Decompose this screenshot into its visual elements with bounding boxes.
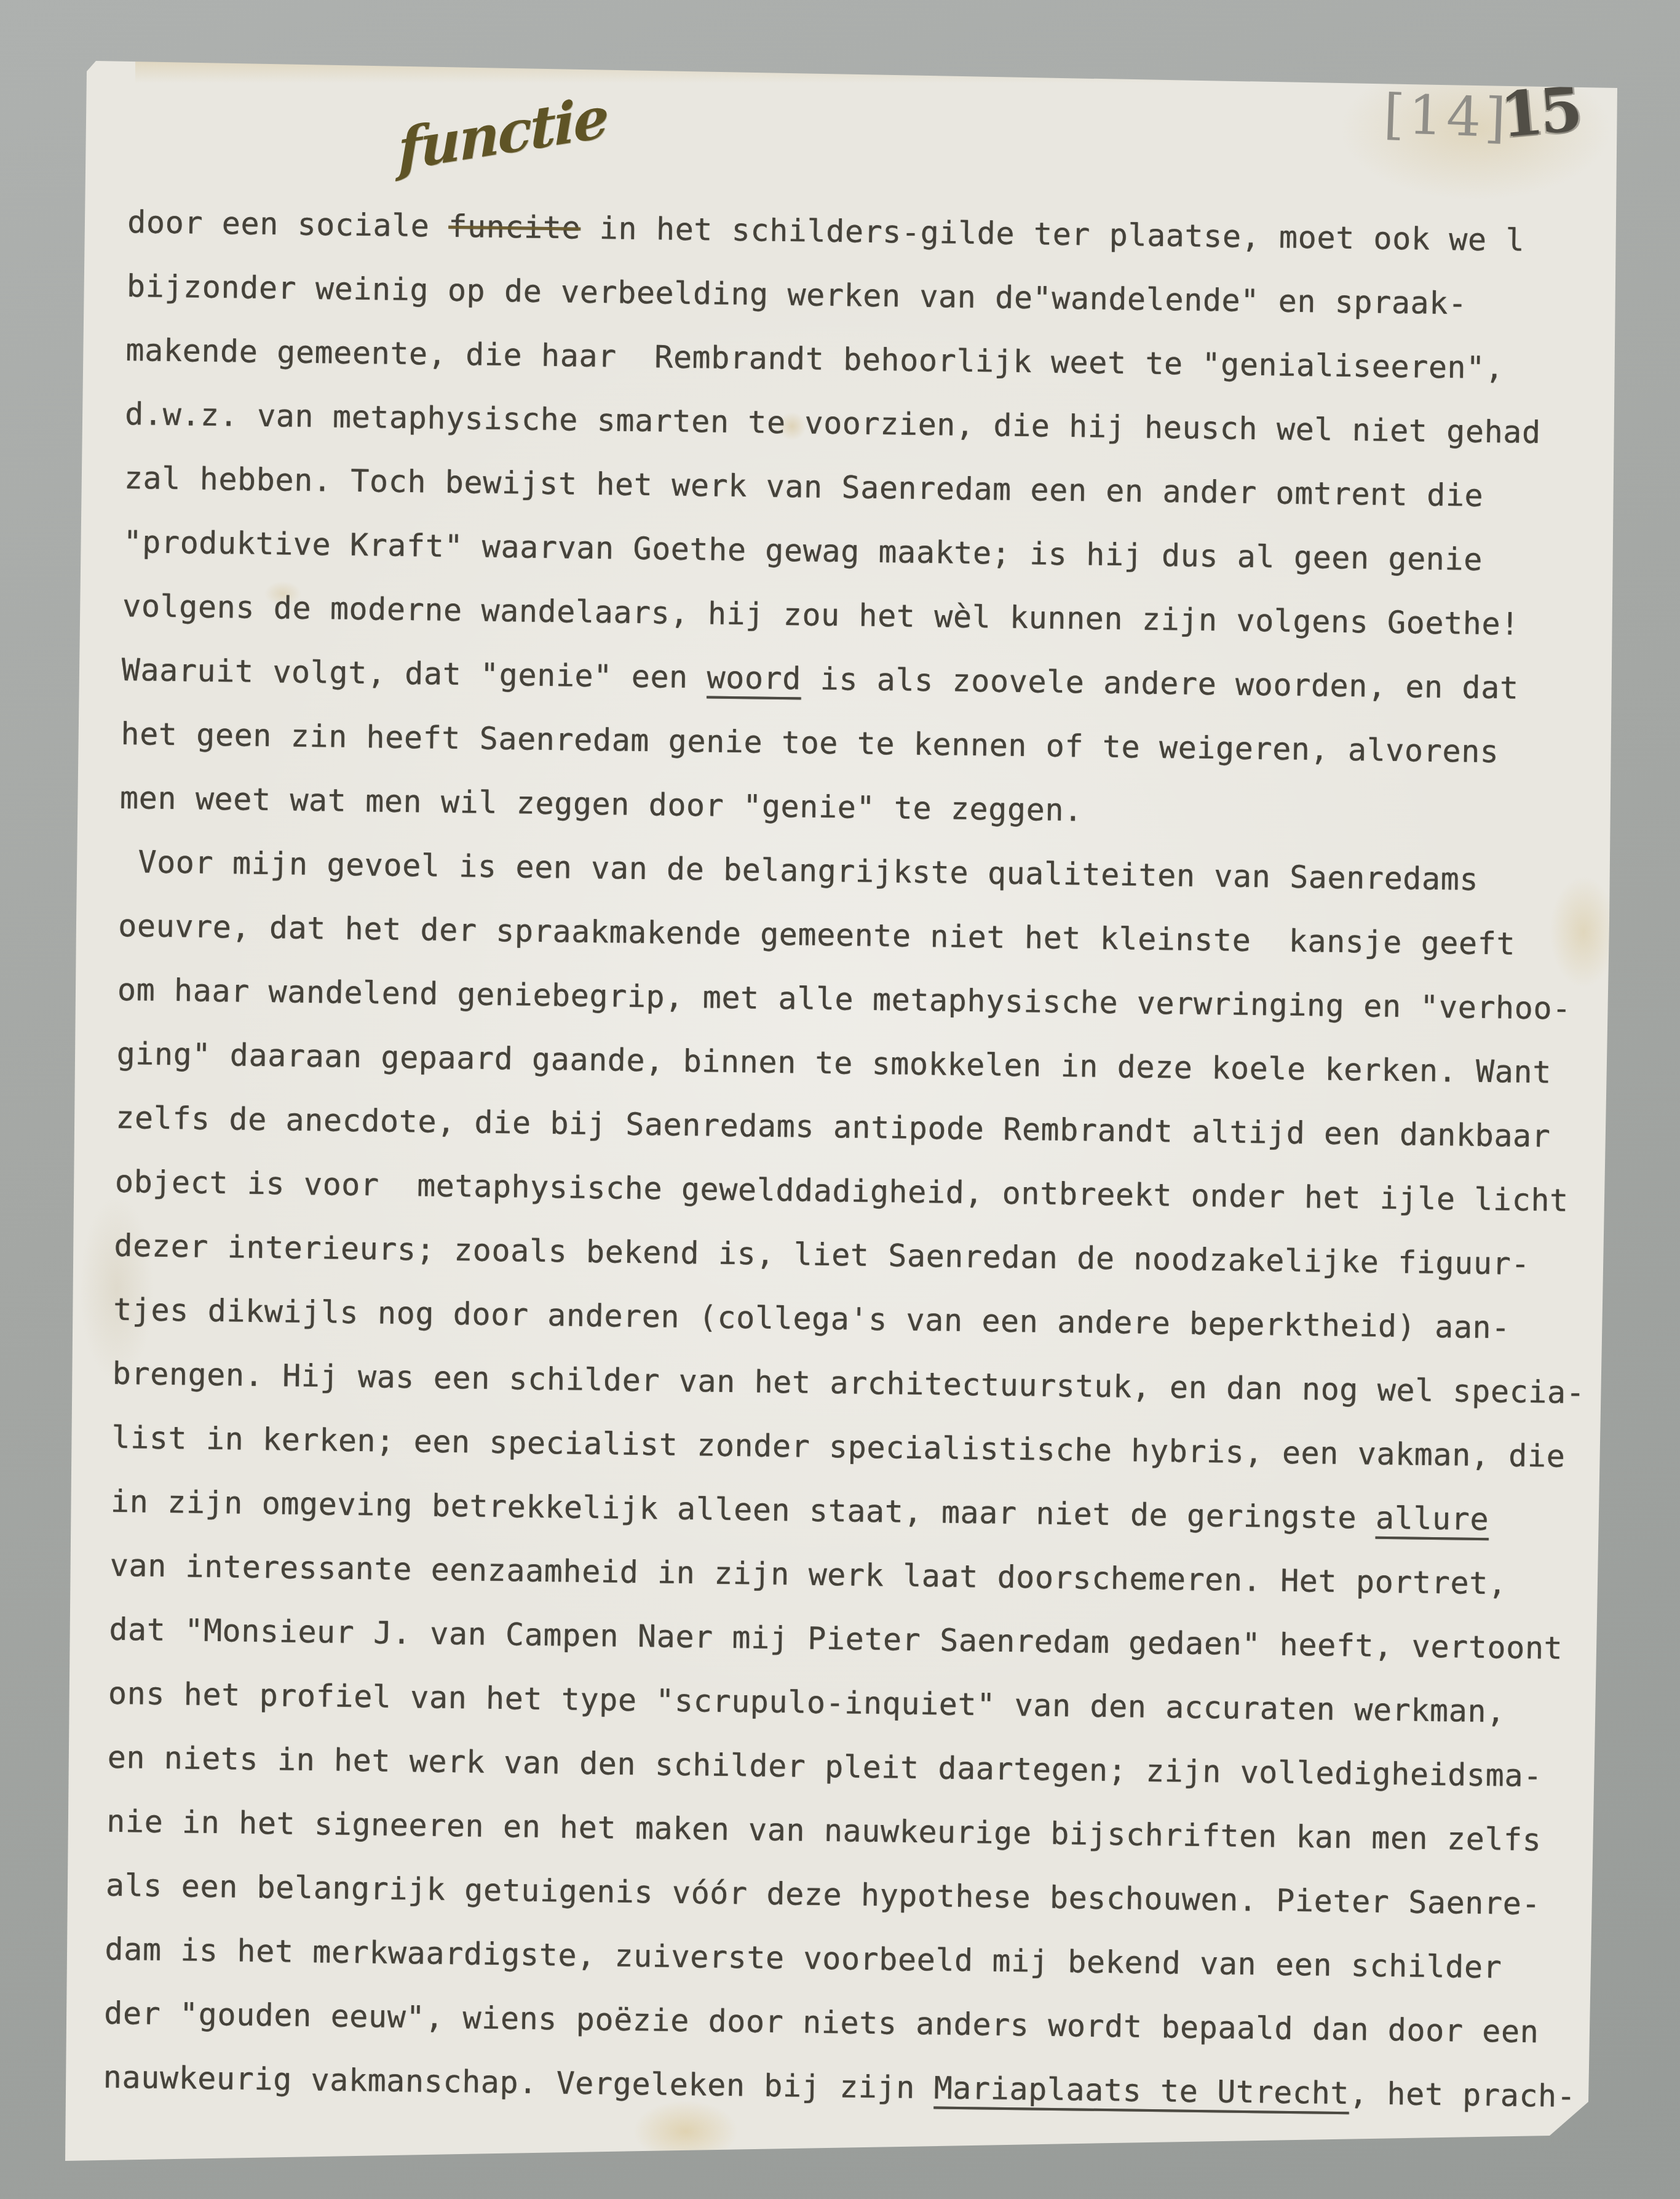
text-segment: als een belangrijk getuigenis vóór deze … bbox=[106, 1867, 1541, 1922]
text-segment: Waaruit volgt, dat "genie" een bbox=[121, 652, 707, 695]
text-segment: door een sociale bbox=[127, 204, 449, 244]
text-segment: nie in het signeeren en het maken van na… bbox=[106, 1803, 1542, 1858]
text-segment: is als zoovele andere woorden, en dat bbox=[801, 661, 1519, 706]
text-segment: d.w.z. van metaphysische smarten te voor… bbox=[125, 396, 1541, 450]
underlined-word: woord bbox=[707, 659, 801, 696]
text-segment: het geen zin heeft Saenredam genie toe t… bbox=[121, 716, 1499, 769]
text-segment: zelfs de anecdote, die bij Saenredams an… bbox=[116, 1100, 1551, 1155]
text-segment: makende gemeente, die haar Rembrandt beh… bbox=[125, 332, 1504, 386]
underlined-word: allure bbox=[1376, 1500, 1489, 1537]
text-segment: bijzonder weinig op de verbeelding werke… bbox=[127, 268, 1467, 322]
typewritten-text-block: door een sociale funcite in het schilder… bbox=[103, 190, 1604, 2128]
underlined-word: Mariaplaats te Utrecht bbox=[933, 2070, 1349, 2111]
typescript-page: [14] 15 functie door een sociale funcite… bbox=[61, 52, 1620, 2174]
text-segment: "produktive Kraft" waarvan Goethe gewag … bbox=[123, 524, 1483, 578]
text-segment: ging" daaraan gepaard gaande, binnen te … bbox=[116, 1036, 1551, 1091]
page-number-pencil: 15 bbox=[1497, 73, 1582, 152]
text-segment: nauwkeurig vakmanschap. Vergeleken bij z… bbox=[103, 2059, 934, 2106]
text-segment: dat "Monsieur J. van Campen Naer mij Pie… bbox=[109, 1612, 1563, 1666]
page-number-pencil-bracketed: [14] bbox=[1382, 82, 1510, 149]
text-segment: tjes dikwijls nog door anderen (collega'… bbox=[113, 1292, 1511, 1346]
text-segment: oeuvre, dat het der spraakmakende gemeen… bbox=[118, 908, 1516, 962]
text-segment: in zijn omgeving betrekkelijk alleen sta… bbox=[111, 1484, 1376, 1536]
text-segment: dam is het merkwaardigste, zuiverste voo… bbox=[105, 1931, 1502, 1986]
text-segment: list in kerken; een specialist zonder sp… bbox=[111, 1420, 1566, 1474]
text-segment: der "gouden eeuw", wiens poëzie door nie… bbox=[104, 1995, 1539, 2050]
text-segment: volgens de moderne wandelaars, hij zou h… bbox=[122, 588, 1520, 642]
text-segment: brengen. Hij was een schilder van het ar… bbox=[112, 1356, 1585, 1410]
text-segment: , het prach- bbox=[1349, 2075, 1576, 2114]
text-segment: dezer interieurs; zooals bekend is, liet… bbox=[114, 1228, 1530, 1282]
handwritten-correction: functie bbox=[397, 84, 608, 184]
text-segment: om haar wandelend geniebegrip, met alle … bbox=[117, 972, 1572, 1027]
text-segment: ons het profiel van het type "scrupulo-i… bbox=[108, 1676, 1506, 1730]
text-segment: object is voor metaphysische gewelddadig… bbox=[115, 1164, 1569, 1219]
paper-stain bbox=[135, 57, 1181, 83]
struck-word: funcite bbox=[448, 209, 581, 246]
text-segment: in het schilders-gilde ter plaatse, moet… bbox=[580, 210, 1525, 258]
text-segment: en niets in het werk van den schilder pl… bbox=[107, 1740, 1542, 1794]
text-segment: Voor mijn gevoel is een van de belangrij… bbox=[119, 844, 1478, 897]
scan-background: [14] 15 functie door een sociale funcite… bbox=[0, 0, 1680, 2199]
text-segment: men weet wat men wil zeggen door "genie"… bbox=[120, 780, 1083, 828]
text-segment: van interessante eenzaamheid in zijn wer… bbox=[109, 1548, 1507, 1602]
text-segment: zal hebben. Toch bewijst het werk van Sa… bbox=[124, 460, 1483, 514]
